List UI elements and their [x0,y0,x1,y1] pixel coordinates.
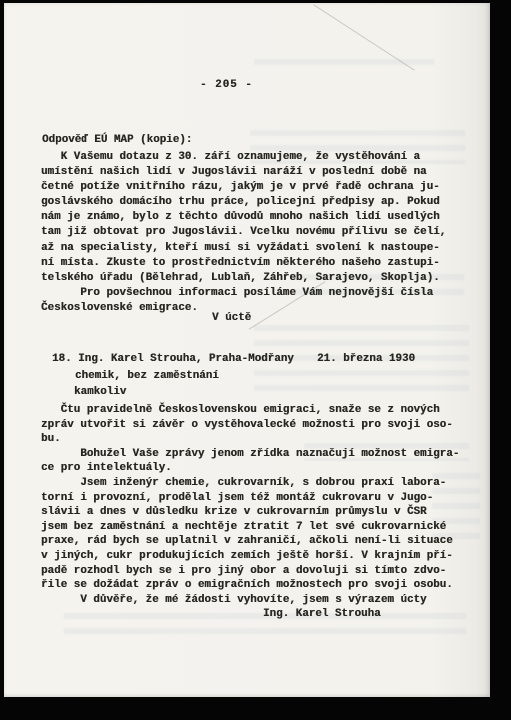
page-number: - 205 - [200,79,253,91]
entry-date: 21. března 1930 [317,353,415,365]
entry-heading-line: 18. Ing. Karel Strouha, Praha-Modřany [52,353,294,365]
scan-background: - 205 - Odpověď EÚ MAP (kopie): K Vašemu… [0,0,511,720]
entry-signature: Ing. Karel Strouha [263,608,381,620]
entry-occupation-line: chemik, bez zaměstnání [75,370,219,382]
reply-heading: Odpověď EÚ MAP (kopie): [42,134,192,146]
entry-destination-line: kamkoliv [74,386,126,398]
reply-body-text: K Vašemu dotazu z 30. září oznamujeme, ž… [41,150,446,316]
reply-closing: V úctě [212,312,251,324]
document-page: - 205 - Odpověď EÚ MAP (kopie): K Vašemu… [4,3,490,697]
entry-body-text: Čtu pravidelně Československou emigraci,… [41,403,459,607]
